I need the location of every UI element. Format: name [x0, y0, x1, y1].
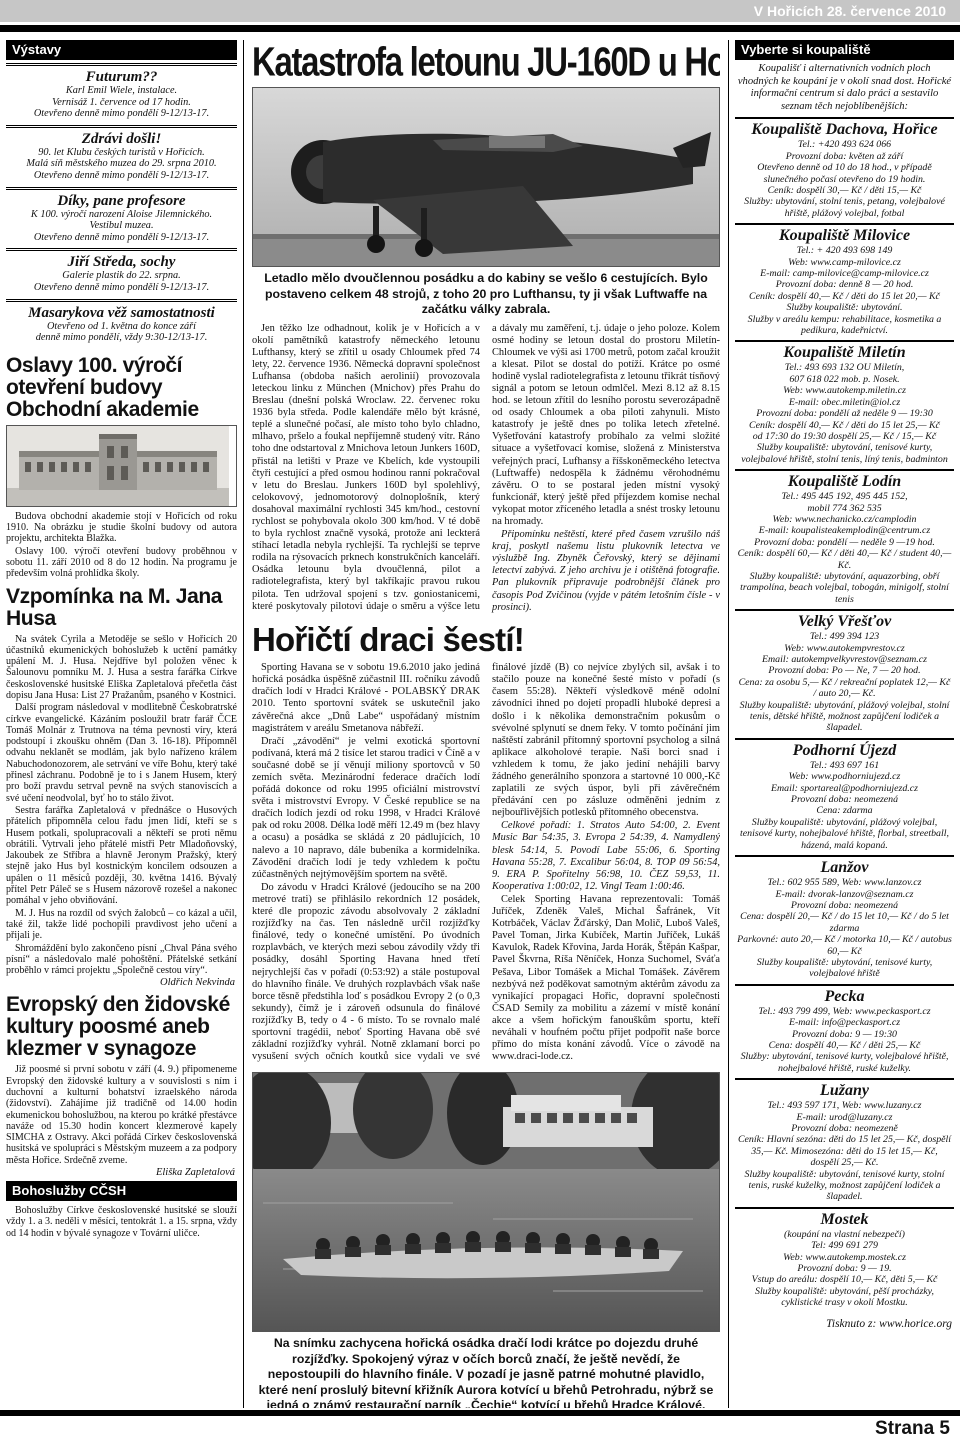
section-header-bohosluzby: Bohoslužby CČSH: [6, 1181, 237, 1201]
pool-entry: Koupaliště Miletín Tel.: 493 693 132 OU …: [735, 340, 954, 469]
exhibition-details: Karl Emil Wiele, instalace. Vernisáž 1. …: [8, 85, 235, 120]
pool-name: Koupaliště Milovice: [736, 227, 953, 245]
pool-entry: Koupaliště Milovice Tel.: + 420 493 698 …: [735, 223, 954, 340]
exhibition-title: Masarykova věž samostatnosti: [8, 305, 235, 321]
pool-details: (koupání na vlastní nebezpečí) Tel: 499 …: [736, 1229, 953, 1309]
paragraph: Již poosmé si první sobotu v září (4. 9.…: [6, 1064, 237, 1166]
headline-oslavy: Oslavy 100. výročí otevření budovy Obcho…: [6, 355, 237, 421]
pool-name: Koupaliště Lodín: [736, 473, 953, 491]
paragraph: Připomínku neštěstí, které před časem vz…: [492, 529, 720, 614]
paragraph: Bohoslužby Církve československé husitsk…: [6, 1205, 237, 1239]
school-building-photo: [6, 425, 237, 507]
pool-details: Tel.: 493 697 161 Web: www.podhorniujezd…: [736, 760, 953, 851]
pool-name: Koupaliště Dachova, Hořice: [736, 121, 953, 139]
airplane-photo: [252, 87, 720, 267]
pool-entry: Pecka Tel.: 493 799 499, Web: www.peckas…: [735, 984, 954, 1078]
pool-entry: Mostek (koupání na vlastní nebezpečí) Te…: [735, 1207, 954, 1313]
middle-column: Katastrofa letounu JU-160D u Hořic: [243, 40, 729, 1408]
pool-name: Velký Vřešťov: [736, 613, 953, 631]
author-signature: Eliška Zapletalová: [6, 1167, 235, 1178]
exhibitions-list: Futurum?? Karl Emil Wiele, instalace. Ve…: [6, 63, 237, 349]
exhibition-details: K 100. výročí narození Aloise Jilemnické…: [8, 209, 235, 244]
pool-entry: Koupaliště Dachova, Hořice Tel.: +420 49…: [735, 117, 954, 223]
paragraph: M. J. Hus na rozdíl od svých žalobců – c…: [6, 908, 237, 942]
exhibition-title: Jiří Středa, sochy: [8, 254, 235, 270]
left-column: Výstavy Futurum?? Karl Emil Wiele, insta…: [6, 40, 243, 1408]
exhibition-item: Díky, pane profesore K 100. výročí naroz…: [6, 190, 237, 252]
paragraph: Sestra farářka Zapletalová v přednášce o…: [6, 805, 237, 907]
article-katastrofa: Jen těžko lze odhadnout, kolik je v Hoři…: [252, 323, 720, 618]
paragraph: Celkové pořadí: 1. Stratos Auto 54:00, 2…: [492, 820, 720, 893]
paragraph: Budova obchodní akademie stojí v Hořicíc…: [6, 511, 237, 545]
paragraph: Dračí „závodění“ je velmi exotická sport…: [252, 736, 480, 881]
koupaliste-intro: Koupališť i alternativních vodních ploch…: [735, 60, 954, 117]
top-rule: [0, 25, 960, 32]
evropsky-den-text: Již poosmé si první sobotu v září (4. 9.…: [6, 1064, 237, 1166]
airplane-photo-caption: Letadlo mělo dvoučlennou posádku a do ka…: [256, 271, 716, 318]
pool-entry: Velký Vřešťov Tel.: 499 394 123 Web: www…: [735, 609, 954, 738]
paragraph: Shromáždění bylo zakončeno písní „Chval …: [6, 943, 237, 977]
source-line: Tisknuto z: www.horice.org: [735, 1313, 954, 1330]
headline-evropsky-den: Evropský den židovské kultury poosmé ane…: [6, 994, 237, 1060]
pool-entry: Koupaliště Lodín Tel.: 495 445 192, 495 …: [735, 469, 954, 609]
exhibition-item: Jiří Středa, sochy Galerie plastik do 22…: [6, 251, 237, 301]
pool-details: Tel.: 493 693 132 OU Miletín, 607 618 02…: [736, 362, 953, 465]
bohosluzby-text: Bohoslužby Církve československé husitsk…: [6, 1205, 237, 1239]
sub-headline-draci: Hořičtí draci šestí!: [252, 623, 720, 657]
page-number: Strana 5: [0, 1416, 960, 1440]
pool-details: Tel.: +420 493 624 066 Provozní doba: kv…: [736, 139, 953, 219]
pool-details: Tel.: 602 955 589, Web: www.lanzov.cz E-…: [736, 877, 953, 980]
masthead: V Hořicích 28. července 2010: [0, 0, 960, 22]
pool-details: Tel.: 493 597 171, Web: www.luzany.cz E-…: [736, 1100, 953, 1203]
paragraph: Další program následoval v modlitebně Če…: [6, 702, 237, 804]
paragraph: Celek Sporting Havana reprezentovali: To…: [492, 894, 720, 1063]
pool-details: Tel.: + 420 493 698 149 Web: www.camp-mi…: [736, 245, 953, 336]
exhibition-item: Futurum?? Karl Emil Wiele, instalace. Ve…: [6, 66, 237, 128]
dateline: V Hořicích 28. července 2010: [754, 3, 946, 19]
article-draci: Sporting Havana se v sobotu 19.6.2010 ja…: [252, 662, 720, 1070]
pool-details: Tel.: 499 394 123 Web: www.autokempvrest…: [736, 631, 953, 734]
section-header-koupaliste: Vyberte si koupaliště: [735, 40, 954, 60]
vzpominka-text: Na svátek Cyrila a Metoděje se sešlo v H…: [6, 634, 237, 977]
section-header-vystavy: Výstavy: [6, 40, 237, 60]
exhibition-title: Zdrávi došli!: [8, 131, 235, 147]
pool-details: Tel.: 493 799 499, Web: www.peckasport.c…: [736, 1006, 953, 1074]
exhibition-item: Zdrávi došli! 90. let Klubu českých turi…: [6, 128, 237, 190]
pool-entry: Lužany Tel.: 493 597 171, Web: www.luzan…: [735, 1078, 954, 1207]
exhibition-title: Díky, pane profesore: [8, 193, 235, 209]
pool-name: Lužany: [736, 1082, 953, 1100]
airplane-illustration: [253, 88, 719, 266]
pool-name: Lanžov: [736, 859, 953, 877]
school-building-illustration: [7, 426, 229, 506]
pool-name: Koupaliště Miletín: [736, 344, 953, 362]
oslavy-text: Budova obchodní akademie stojí v Hořicíc…: [6, 511, 237, 580]
main-headline: Katastrofa letounu JU-160D u Hořic: [252, 40, 720, 85]
dragon-boat-photo: [252, 1072, 720, 1332]
paragraph: Sporting Havana se v sobotu 19.6.2010 ja…: [252, 662, 480, 735]
pool-entry: Podhorní Újezd Tel.: 493 697 161 Web: ww…: [735, 738, 954, 855]
exhibition-details: 90. let Klubu českých turistů v Hořicích…: [8, 147, 235, 182]
paragraph: Oslavy 100. výročí otevření budovy probě…: [6, 546, 237, 580]
author-signature: Oldřich Nekvinda: [6, 977, 235, 988]
pool-entry: Lanžov Tel.: 602 955 589, Web: www.lanzo…: [735, 855, 954, 984]
headline-vzpominka: Vzpomínka na M. Jana Husa: [6, 586, 237, 630]
page-content: Výstavy Futurum?? Karl Emil Wiele, insta…: [0, 32, 960, 1408]
dragon-boat-photo-caption: Na snímku zachycena hořická osádka dračí…: [256, 1336, 716, 1408]
pool-name: Pecka: [736, 988, 953, 1006]
paragraph: Na svátek Cyrila a Metoděje se sešlo v H…: [6, 634, 237, 702]
pool-name: Mostek: [736, 1211, 953, 1229]
pool-name: Podhorní Újezd: [736, 742, 953, 760]
right-column: Vyberte si koupaliště Koupališť i altern…: [729, 40, 954, 1408]
exhibition-item: Masarykova věž samostatnosti Otevřeno od…: [6, 302, 237, 349]
pool-details: Tel.: 495 445 192, 495 445 152, mobil 77…: [736, 491, 953, 605]
exhibition-title: Futurum??: [8, 69, 235, 85]
exhibition-details: Galerie plastik do 22. srpna. Otevřeno d…: [8, 270, 235, 293]
exhibition-details: Otevřeno od 1. května do konce září denn…: [8, 321, 235, 344]
dragon-boat-illustration: [253, 1073, 719, 1331]
